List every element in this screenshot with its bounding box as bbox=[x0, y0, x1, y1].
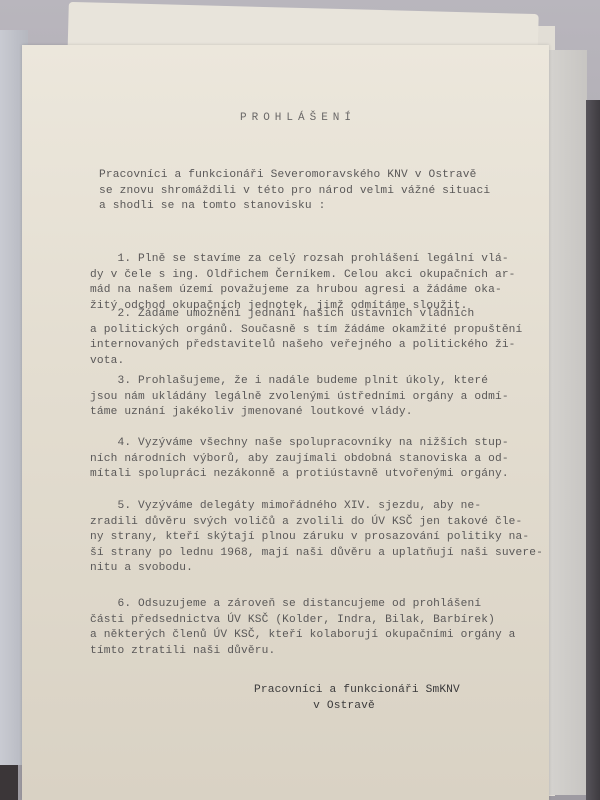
signature-block: Pracovníci a funkcionáři SmKNV v Ostravě bbox=[254, 683, 434, 714]
paragraph-line: zradili důvěru svých voličů a zvolili do… bbox=[90, 515, 540, 531]
intro-line: Pracovníci a funkcionáři Severomoravskéh… bbox=[99, 168, 539, 184]
paragraph-line: ší strany po lednu 1968, mají naši důvěr… bbox=[90, 546, 540, 562]
intro-line: se znovu shromáždili v této pro národ ve… bbox=[99, 184, 539, 200]
paragraph-line: tímto ztratili naši důvěru. bbox=[90, 644, 540, 660]
background-sheet-right bbox=[545, 50, 587, 795]
paragraph-line: 6. Odsuzujeme a zároveň se distancujeme … bbox=[90, 597, 540, 613]
background-shadow-right bbox=[586, 100, 600, 800]
paragraph-line: ních národních výborů, aby zaujímali obd… bbox=[90, 452, 540, 468]
paragraph-line: 1. Plně se stavíme za celý rozsah prohlá… bbox=[90, 252, 540, 268]
paragraph-4: 4. Vyzýváme všechny naše spolupracovníky… bbox=[90, 436, 540, 483]
paragraph-line: mítali spolupráci nezákonně a protiústav… bbox=[90, 467, 540, 483]
paragraph-1: 1. Plně se stavíme za celý rozsah prohlá… bbox=[90, 252, 540, 314]
paragraph-line: táme uznání jakékoliv jmenované loutkové… bbox=[90, 405, 540, 421]
paragraph-line: nitu a svobodu. bbox=[90, 561, 540, 577]
document-title: PROHLÁŠENÍ bbox=[240, 111, 356, 127]
paragraph-3: 3. Prohlašujeme, že i nadále budeme plni… bbox=[90, 374, 540, 421]
paragraph-line: části předsednictva ÚV KSČ (Kolder, Indr… bbox=[90, 613, 540, 629]
paragraph-line: 5. Vyzýváme delegáty mimořádného XIV. sj… bbox=[90, 499, 540, 515]
paragraph-line: internovaných představitelů našeho veřej… bbox=[90, 338, 540, 354]
signature-line: Pracovníci a funkcionáři SmKNV bbox=[254, 683, 434, 699]
paragraph-line: ny strany, kteří skýtají plnou záruku v … bbox=[90, 530, 540, 546]
paragraph-line: dy v čele s ing. Oldřichem Černíkem. Cel… bbox=[90, 268, 540, 284]
document-page: PROHLÁŠENÍ Pracovníci a funkcionáři Seve… bbox=[22, 45, 549, 800]
intro-paragraph: Pracovníci a funkcionáři Severomoravskéh… bbox=[99, 168, 539, 215]
paragraph-line: 2. Žádáme umožnění jednání našich ústavn… bbox=[90, 307, 540, 323]
paragraph-line: a některých členů ÚV KSČ, kteří kolaboru… bbox=[90, 628, 540, 644]
intro-line: a shodli se na tomto stanovisku : bbox=[99, 199, 539, 215]
paragraph-2: 2. Žádáme umožnění jednání našich ústavn… bbox=[90, 307, 540, 369]
paragraph-line: a politických orgánů. Současně s tím žád… bbox=[90, 323, 540, 339]
paragraph-line: 4. Vyzýváme všechny naše spolupracovníky… bbox=[90, 436, 540, 452]
paragraph-line: jsou nám ukládány legálně zvolenými ústř… bbox=[90, 390, 540, 406]
paragraph-line: 3. Prohlašujeme, že i nadále budeme plni… bbox=[90, 374, 540, 390]
signature-line: v Ostravě bbox=[254, 699, 434, 715]
paragraph-line: mád na našem území považujeme za hrubou … bbox=[90, 283, 540, 299]
paragraph-6: 6. Odsuzujeme a zároveň se distancujeme … bbox=[90, 597, 540, 659]
paragraph-line: vota. bbox=[90, 354, 540, 370]
document-content: PROHLÁŠENÍ Pracovníci a funkcionáři Seve… bbox=[22, 45, 549, 800]
background-shadow-left bbox=[0, 765, 18, 800]
paragraph-5: 5. Vyzýváme delegáty mimořádného XIV. sj… bbox=[90, 499, 540, 577]
